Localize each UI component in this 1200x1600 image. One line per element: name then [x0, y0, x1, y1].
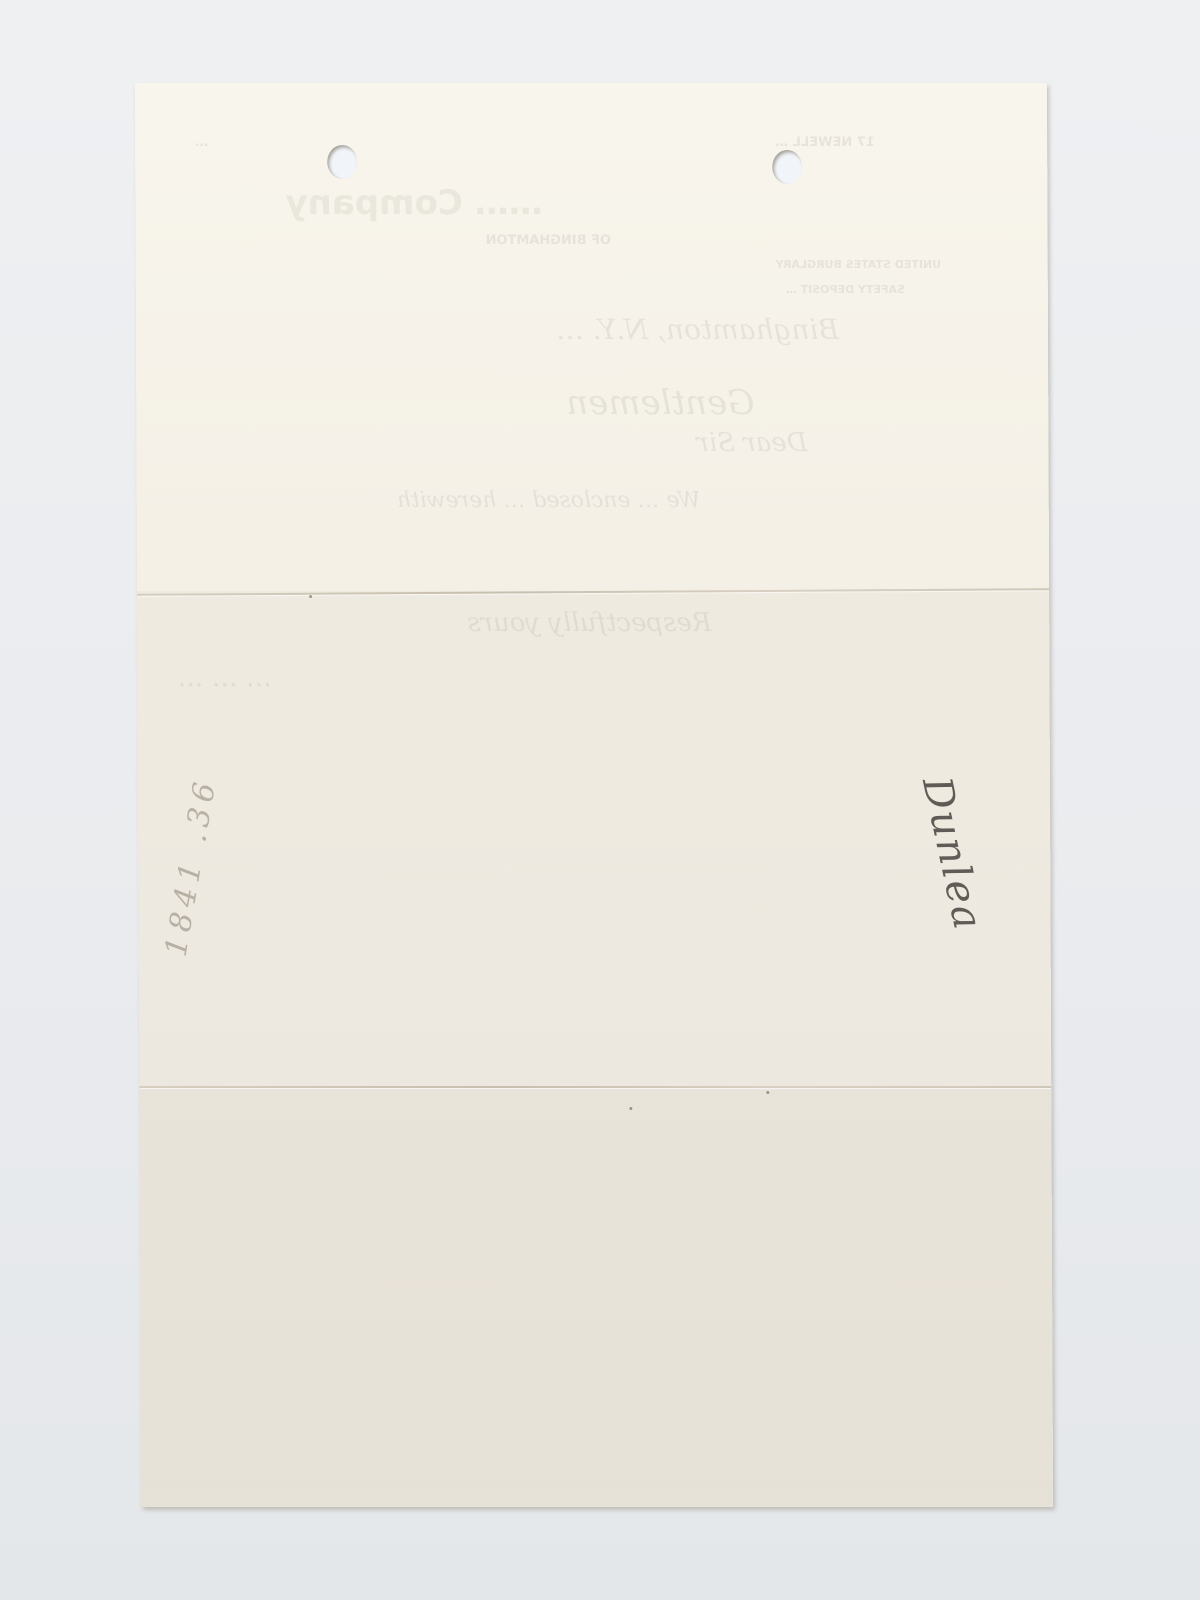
paper-speck — [309, 595, 312, 598]
show-through-top-right: 17 NEWELL … — [775, 135, 875, 150]
letter-sheet: … 17 NEWELL … …… Company OF BINGHAMTON U… — [135, 83, 1053, 1507]
show-through-body-3: Respectfully yours — [467, 608, 711, 638]
paper-speck — [766, 1091, 769, 1094]
show-through-body-4: … … … — [177, 663, 272, 693]
fold-line-lower — [139, 1086, 1051, 1088]
show-through-body-2: We … enclosed … herewith — [397, 488, 701, 513]
lower-fold-panel — [139, 1086, 1053, 1507]
show-through-top-left: … — [195, 135, 208, 150]
middle-fold-panel — [137, 591, 1051, 1086]
punch-hole-left — [327, 145, 357, 179]
show-through-letterhead-title: …… Company — [285, 183, 542, 223]
show-through-letterhead-subtitle: OF BINGHAMTON — [486, 233, 612, 248]
show-through-body-1: Dear Sir — [696, 428, 807, 458]
show-through-right-line1: UNITED STATES BURGLARY — [776, 258, 941, 271]
show-through-date: Binghamton, N.Y. … — [556, 313, 839, 346]
paper-speck — [629, 1107, 632, 1110]
show-through-salutation: Gentlemen — [566, 383, 754, 423]
punch-hole-right — [772, 150, 802, 184]
show-through-right-line2: SAFETY DEPOSIT … — [786, 283, 905, 296]
